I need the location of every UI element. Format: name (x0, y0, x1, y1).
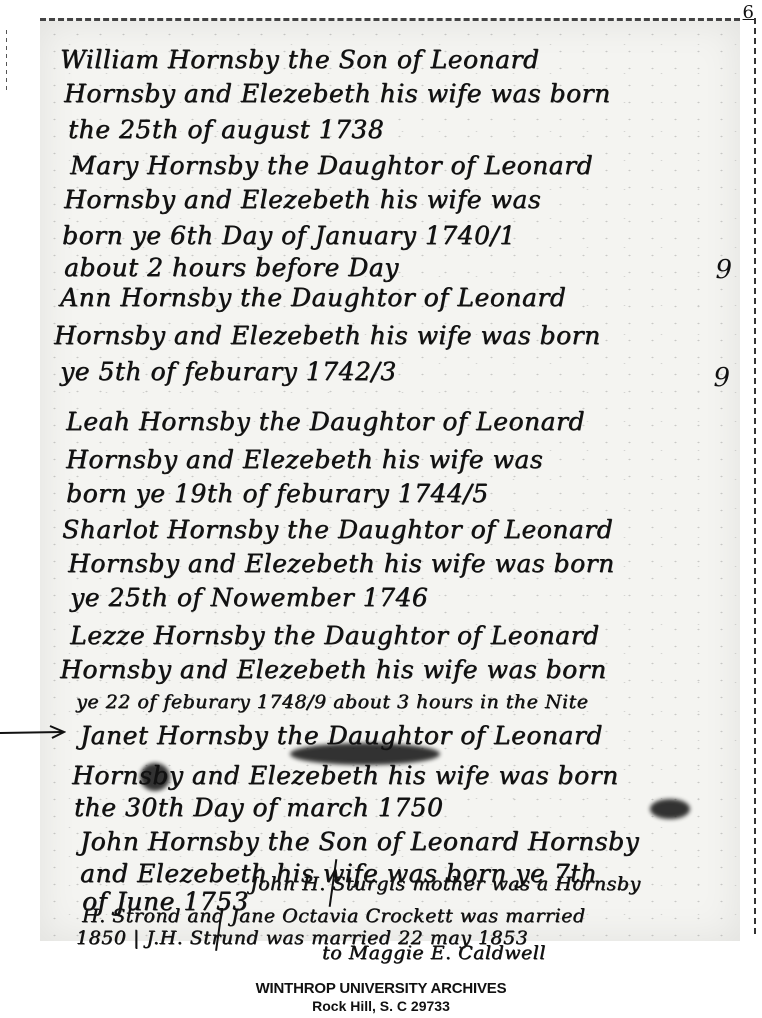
entry-1-line-1: William Hornsby the Son of Leonard (60, 45, 539, 74)
entry-6-line-2: Hornsby and Elezebeth his wife was born (60, 655, 607, 684)
entry-4-line-3: born ye 19th of feburary 1744/5 (66, 479, 489, 508)
archive-institution-label: WINTHROP UNIVERSITY ARCHIVES (0, 980, 762, 997)
page-edge-rule (6, 30, 7, 90)
entry-6-line-1: Lezze Hornsby the Daughtor of Leonard (70, 621, 600, 650)
entry-5-line-2: Hornsby and Elezebeth his wife was born (68, 549, 615, 578)
entry-1-line-2: Hornsby and Elezebeth his wife was born (64, 79, 611, 108)
margin-mark: 9 (715, 255, 732, 285)
entry-3-line-1: Ann Hornsby the Daughtor of Leonard (60, 283, 566, 312)
entry-3-line-2: Hornsby and Elezebeth his wife was born (54, 321, 601, 350)
margin-arrow-icon (0, 724, 66, 740)
entry-5-line-3: ye 25th of Nowember 1746 (70, 583, 428, 612)
entry-2-line-4: about 2 hours before Day (64, 253, 399, 282)
scanned-document-page: William Hornsby the Son of Leonard Horns… (40, 18, 740, 941)
entry-2-line-1: Mary Hornsby the Daughtor of Leonard (70, 151, 593, 180)
entry-3-line-3: ye 5th of feburary 1742/3 (60, 357, 397, 386)
entry-2-line-2: Hornsby and Elezebeth his wife was (64, 185, 541, 214)
later-note-2: H. Strond and Jane Octavia Crockett was … (82, 905, 586, 927)
entry-6-line-3: ye 22 of feburary 1748/9 about 3 hours i… (76, 691, 588, 713)
page-number: 6 (743, 2, 754, 23)
ink-smudge (650, 799, 690, 819)
entry-4-line-1: Leah Hornsby the Daughtor of Leonard (66, 407, 585, 436)
entry-7-line-3: the 30th Day of march 1750 (74, 793, 443, 822)
page-edge-rule (754, 18, 756, 938)
entry-4-line-2: Hornsby and Elezebeth his wife was (66, 445, 543, 474)
entry-1-line-3: the 25th of august 1738 (68, 115, 384, 144)
later-note-1: John H. Sturgis mother was a Hornsby (250, 873, 641, 895)
margin-mark: 9 (713, 363, 730, 393)
ink-smudge (290, 743, 440, 765)
ink-smudge (140, 763, 170, 791)
entry-5-line-1: Sharlot Hornsby the Daughtor of Leonard (62, 515, 613, 544)
entry-8-line-1: John Hornsby the Son of Leonard Hornsby (80, 827, 639, 856)
archive-address-label: Rock Hill, S. C 29733 (0, 998, 762, 1014)
entry-2-line-3: born ye 6th Day of January 1740/1 (62, 221, 516, 250)
later-note-4: to Maggie E. Caldwell (322, 942, 546, 964)
